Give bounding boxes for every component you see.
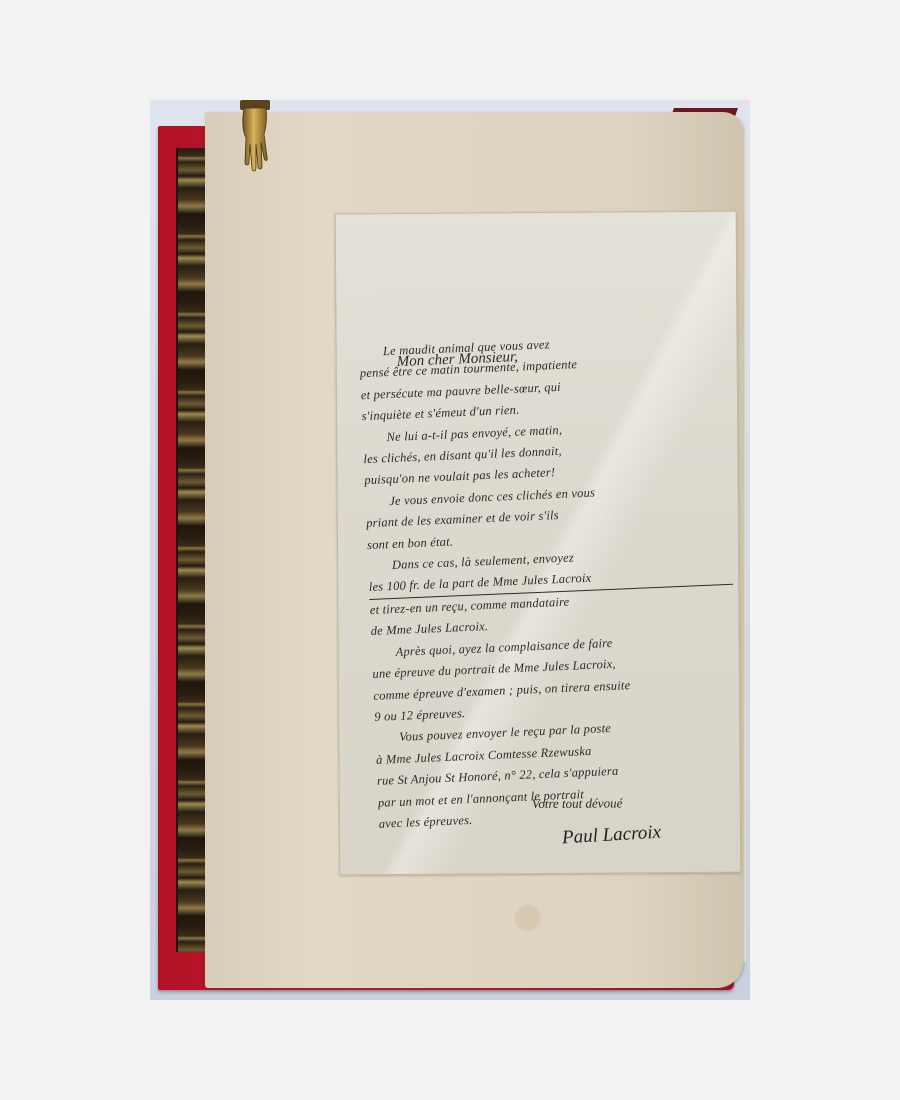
photograph: Mon cher Monsieur, Le maudit animal que … bbox=[150, 100, 750, 1000]
letter-closing: Votre tout dévoué bbox=[532, 795, 623, 812]
brass-hand-clip-icon bbox=[236, 100, 274, 172]
handwritten-letter: Mon cher Monsieur, Le maudit animal que … bbox=[335, 211, 742, 876]
letter-body: Le maudit animal que vous avez pensé êtr… bbox=[359, 327, 743, 835]
album-page: Mon cher Monsieur, Le maudit animal que … bbox=[205, 112, 743, 988]
letter-signature: Paul Lacroix bbox=[561, 822, 661, 850]
